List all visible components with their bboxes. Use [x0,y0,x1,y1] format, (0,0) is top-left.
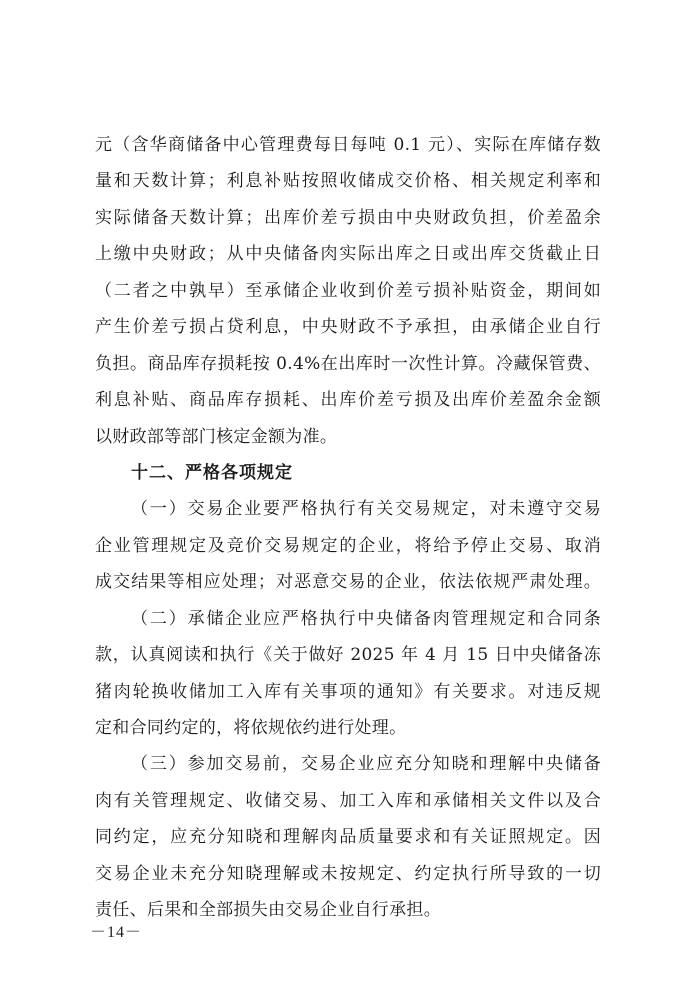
text-line: 实际储备天数计算；出库价差亏损由中央财政负担，价差盈余 [95,204,601,240]
text-line: （二）承储企业应严格执行中央储备肉管理规定和合同条 [95,605,601,641]
text-line: 猪肉轮换收储加工入库有关事项的通知》有关要求。对违反规 [95,678,601,714]
text-line: 责任、后果和全部损失由交易企业自行承担。 [95,896,601,932]
text-line: （二者之中孰早）至承储企业收到价差亏损补贴资金，期间如 [95,277,601,313]
document-body: 元（含华商储备中心管理费每日每吨 0.1 元）、实际在库储存数 量和天数计算；利… [95,131,601,933]
text-line: 负担。商品库存损耗按 0.4%在出库时一次性计算。冷藏保管费、 [95,350,601,386]
document-page: 元（含华商储备中心管理费每日每吨 0.1 元）、实际在库储存数 量和天数计算；利… [0,0,700,990]
text-line: （一）交易企业要严格执行有关交易规定，对未遵守交易 [95,495,601,531]
text-line: 企业管理规定及竞价交易规定的企业，将给予停止交易、取消 [95,532,601,568]
text-line: 利息补贴、商品库存损耗、出库价差亏损及出库价差盈余金额 [95,386,601,422]
text-line: 上缴中央财政；从中央储备肉实际出库之日或出库交货截止日 [95,240,601,276]
text-line: 元（含华商储备中心管理费每日每吨 0.1 元）、实际在库储存数 [95,131,601,167]
text-line: 量和天数计算；利息补贴按照收储成交价格、相关规定利率和 [95,167,601,203]
text-line: 以财政部等部门核定金额为准。 [95,423,601,459]
page-number: －14－ [90,919,142,942]
text-line: 成交结果等相应处理；对恶意交易的企业，依法依规严肃处理。 [95,568,601,604]
text-line: 款，认真阅读和执行《关于做好 2025 年 4 月 15 日中央储备冻 [95,641,601,677]
text-line: （三）参加交易前，交易企业应充分知晓和理解中央储备 [95,750,601,786]
text-line: 肉有关管理规定、收储交易、加工入库和承储相关文件以及合 [95,787,601,823]
text-line: 产生价差亏损占贷利息，中央财政不予承担，由承储企业自行 [95,313,601,349]
text-line: 交易企业未充分知晓理解或未按规定、约定执行所导致的一切 [95,860,601,896]
section-heading: 十二、严格各项规定 [95,459,601,495]
text-line: 同约定，应充分知晓和理解肉品质量要求和有关证照规定。因 [95,823,601,859]
text-line: 定和合同约定的，将依规依约进行处理。 [95,714,601,750]
